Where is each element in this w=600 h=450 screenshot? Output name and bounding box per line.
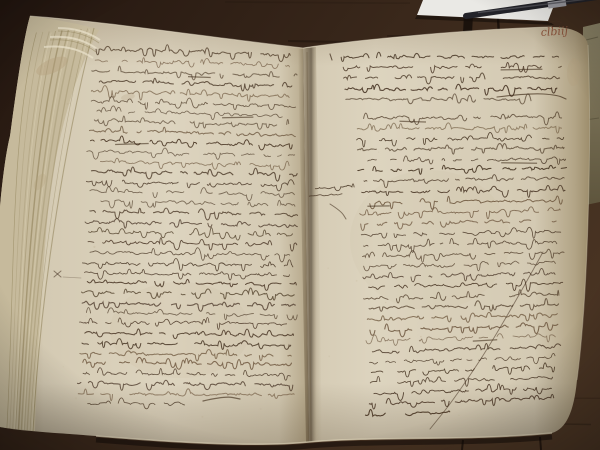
photo: clbiij [0,0,600,450]
vignette-overlay [0,0,600,450]
manuscript-photo-canvas: clbiij [0,0,600,450]
